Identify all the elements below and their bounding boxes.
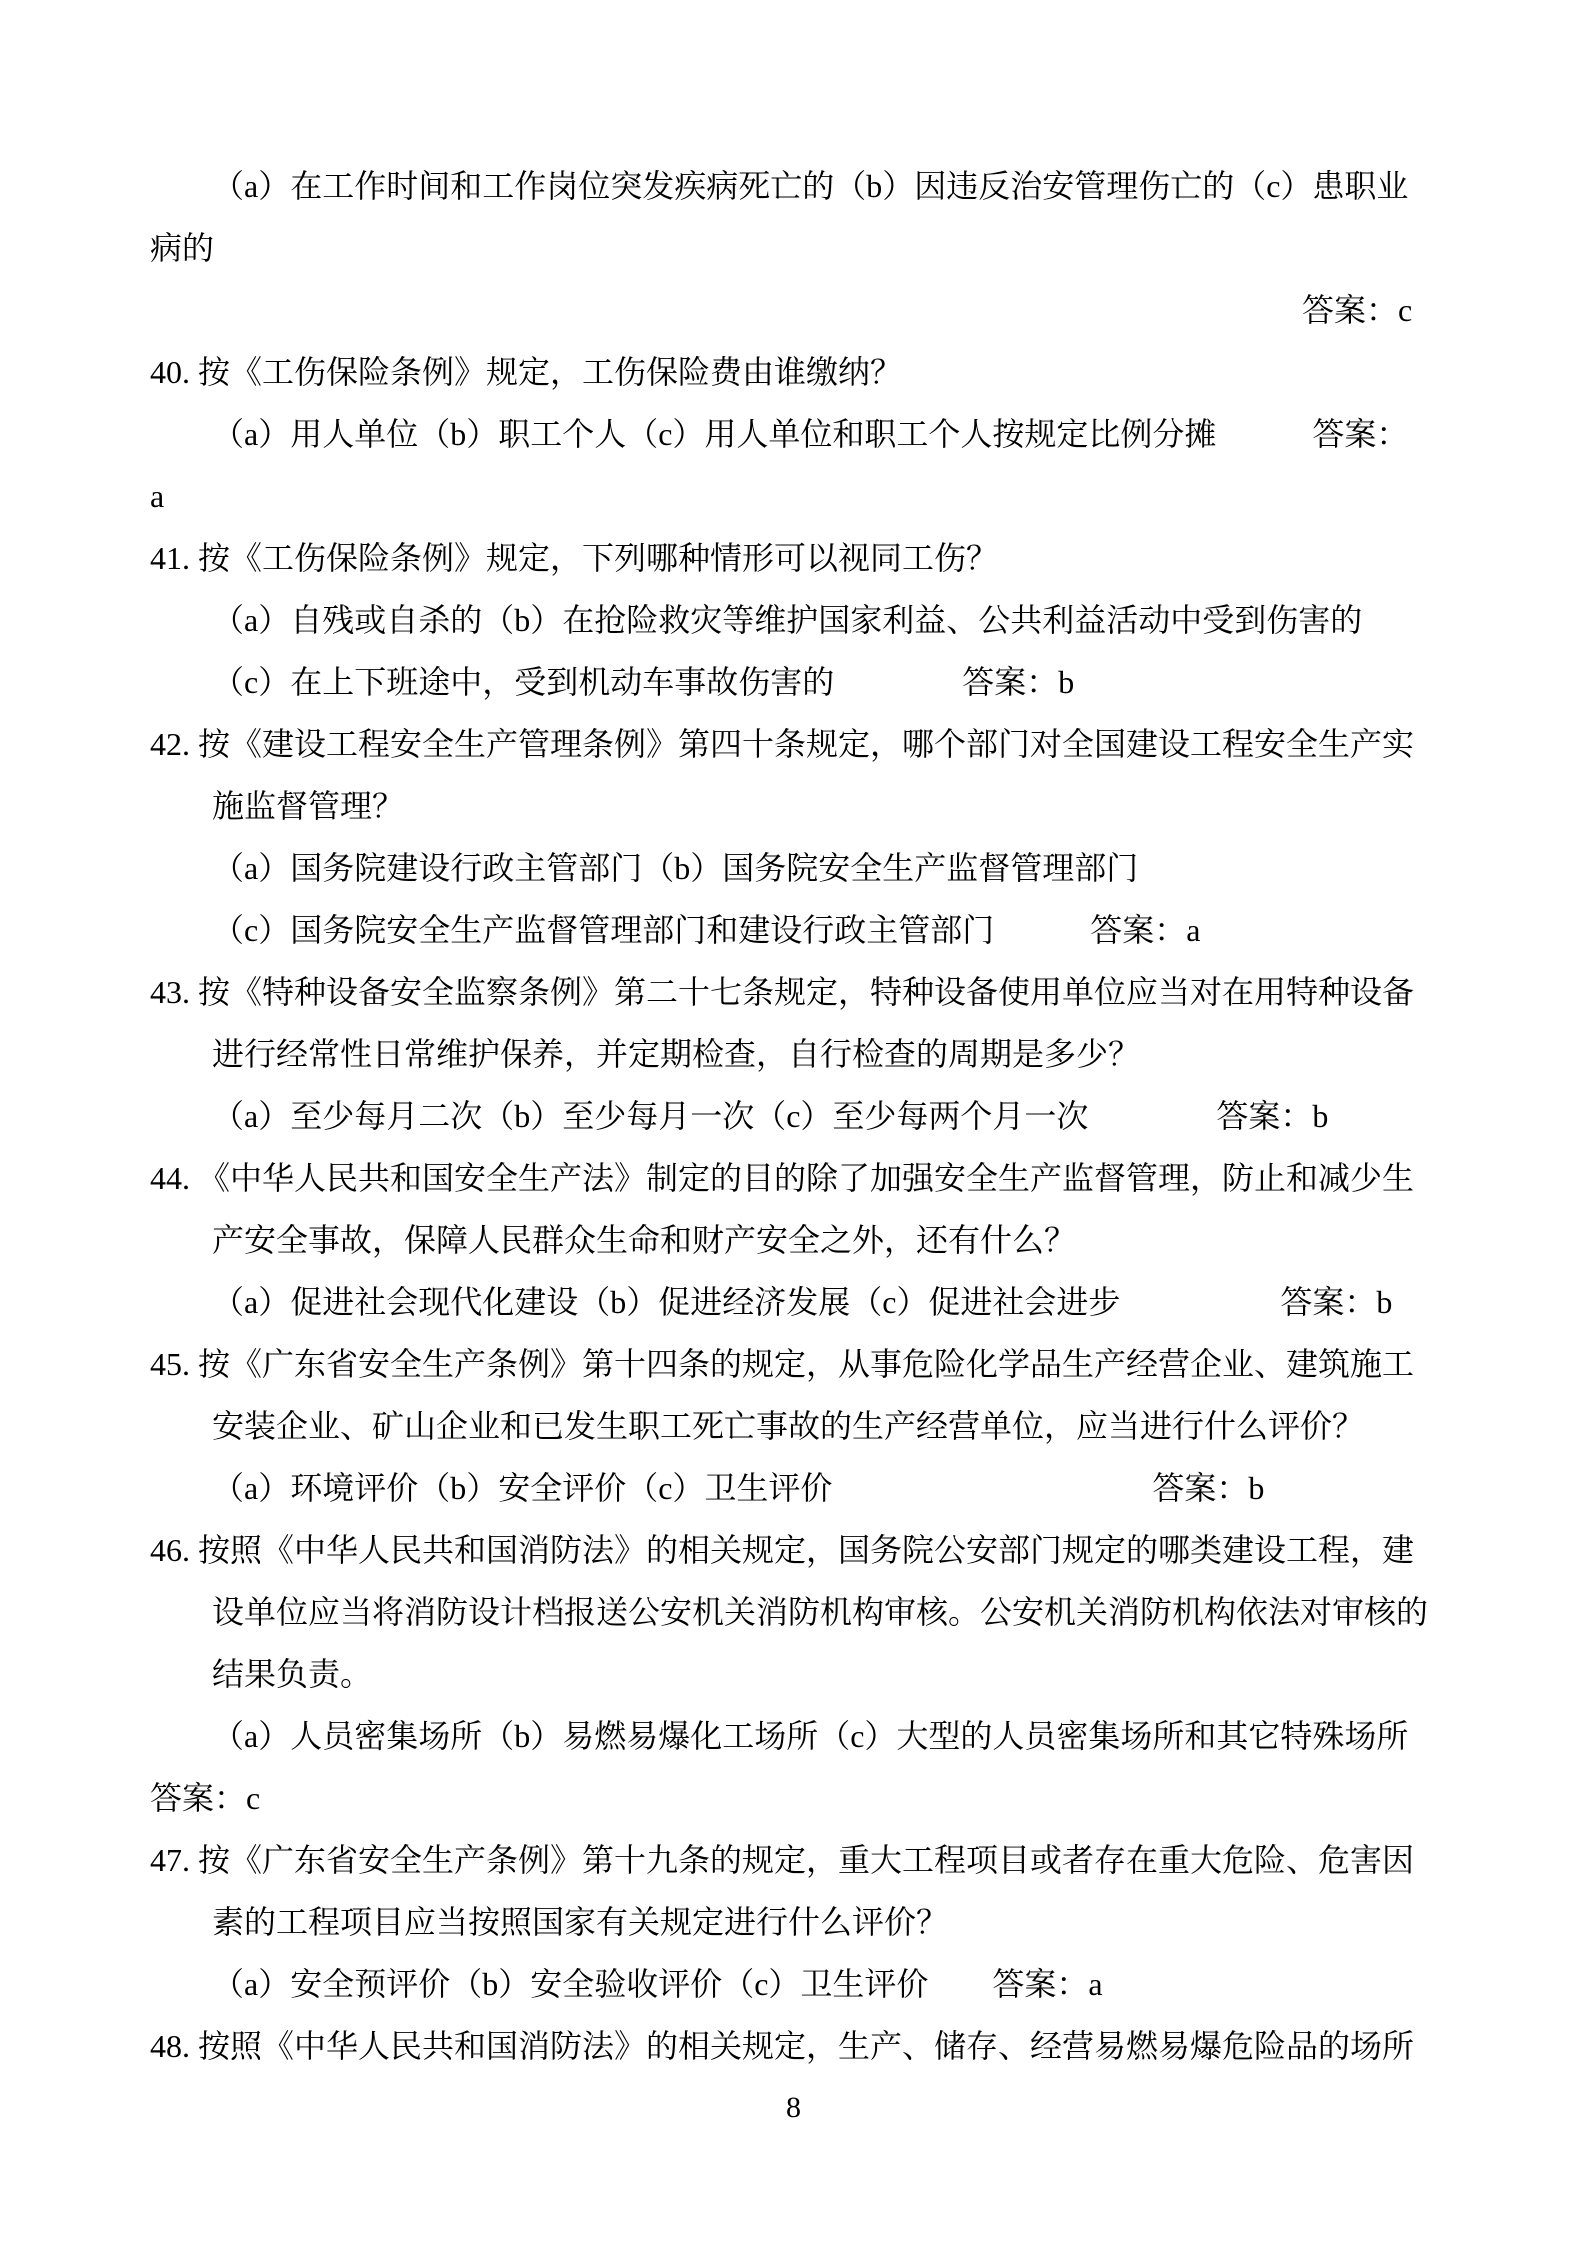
- text-line: （a）促进社会现代化建设（b）促进经济发展（c）促进社会进步 答案：b: [0, 1271, 1587, 1333]
- document-page: （a）在工作时间和工作岗位突发疾病死亡的（b）因违反治安管理伤亡的（c）患职业病…: [0, 0, 1587, 2245]
- text-line: 42. 按《建设工程安全生产管理条例》第四十条规定，哪个部门对全国建设工程安全生…: [0, 713, 1587, 775]
- text-line: 进行经常性日常维护保养，并定期检查，自行检查的周期是多少？: [0, 1023, 1587, 1085]
- text-line: 43. 按《特种设备安全监察条例》第二十七条规定，特种设备使用单位应当对在用特种…: [0, 961, 1587, 1023]
- question-text-block: （a）在工作时间和工作岗位突发疾病死亡的（b）因违反治安管理伤亡的（c）患职业病…: [0, 155, 1587, 2139]
- text-line: 结果负责。: [0, 1643, 1587, 1705]
- text-line: （a）国务院建设行政主管部门（b）国务院安全生产监督管理部门: [0, 837, 1587, 899]
- text-line: （c）国务院安全生产监督管理部门和建设行政主管部门 答案：a: [0, 899, 1587, 961]
- text-line: 48. 按照《中华人民共和国消防法》的相关规定，生产、储存、经营易燃易爆危险品的…: [0, 2015, 1587, 2077]
- text-line: 答案：c: [0, 279, 1587, 341]
- text-line: 45. 按《广东省安全生产条例》第十四条的规定，从事危险化学品生产经营企业、建筑…: [0, 1333, 1587, 1395]
- text-line: 47. 按《广东省安全生产条例》第十九条的规定，重大工程项目或者存在重大危险、危…: [0, 1829, 1587, 1891]
- text-line: 46. 按照《中华人民共和国消防法》的相关规定，国务院公安部门规定的哪类建设工程…: [0, 1519, 1587, 1581]
- text-line: （a）用人单位（b）职工个人（c）用人单位和职工个人按规定比例分摊 答案：: [0, 403, 1587, 465]
- text-line: 素的工程项目应当按照国家有关规定进行什么评价？: [0, 1891, 1587, 1953]
- text-line: 安装企业、矿山企业和已发生职工死亡事故的生产经营单位，应当进行什么评价？: [0, 1395, 1587, 1457]
- text-line: 40. 按《工伤保险条例》规定，工伤保险费由谁缴纳？: [0, 341, 1587, 403]
- text-line: （a）在工作时间和工作岗位突发疾病死亡的（b）因违反治安管理伤亡的（c）患职业: [0, 155, 1587, 217]
- text-line: （a）环境评价（b）安全评价（c）卫生评价 答案：b: [0, 1457, 1587, 1519]
- text-line: a: [0, 465, 1587, 527]
- text-line: 病的: [0, 217, 1587, 279]
- text-line: 答案：c: [0, 1767, 1587, 1829]
- text-line: （a）安全预评价（b）安全验收评价（c）卫生评价 答案：a: [0, 1953, 1587, 2015]
- text-line: （c）在上下班途中，受到机动车事故伤害的 答案：b: [0, 651, 1587, 713]
- text-line: 产安全事故，保障人民群众生命和财产安全之外，还有什么？: [0, 1209, 1587, 1271]
- text-line: 41. 按《工伤保险条例》规定，下列哪种情形可以视同工伤？: [0, 527, 1587, 589]
- page-number: 8: [0, 2077, 1587, 2139]
- text-line: 44. 《中华人民共和国安全生产法》制定的目的除了加强安全生产监督管理，防止和减…: [0, 1147, 1587, 1209]
- text-line: （a）至少每月二次（b）至少每月一次（c）至少每两个月一次 答案：b: [0, 1085, 1587, 1147]
- text-line: 设单位应当将消防设计档报送公安机关消防机构审核。公安机关消防机构依法对审核的: [0, 1581, 1587, 1643]
- text-line: （a）人员密集场所（b）易燃易爆化工场所（c）大型的人员密集场所和其它特殊场所: [0, 1705, 1587, 1767]
- text-line: （a）自残或自杀的（b）在抢险救灾等维护国家利益、公共利益活动中受到伤害的: [0, 589, 1587, 651]
- text-line: 施监督管理？: [0, 775, 1587, 837]
